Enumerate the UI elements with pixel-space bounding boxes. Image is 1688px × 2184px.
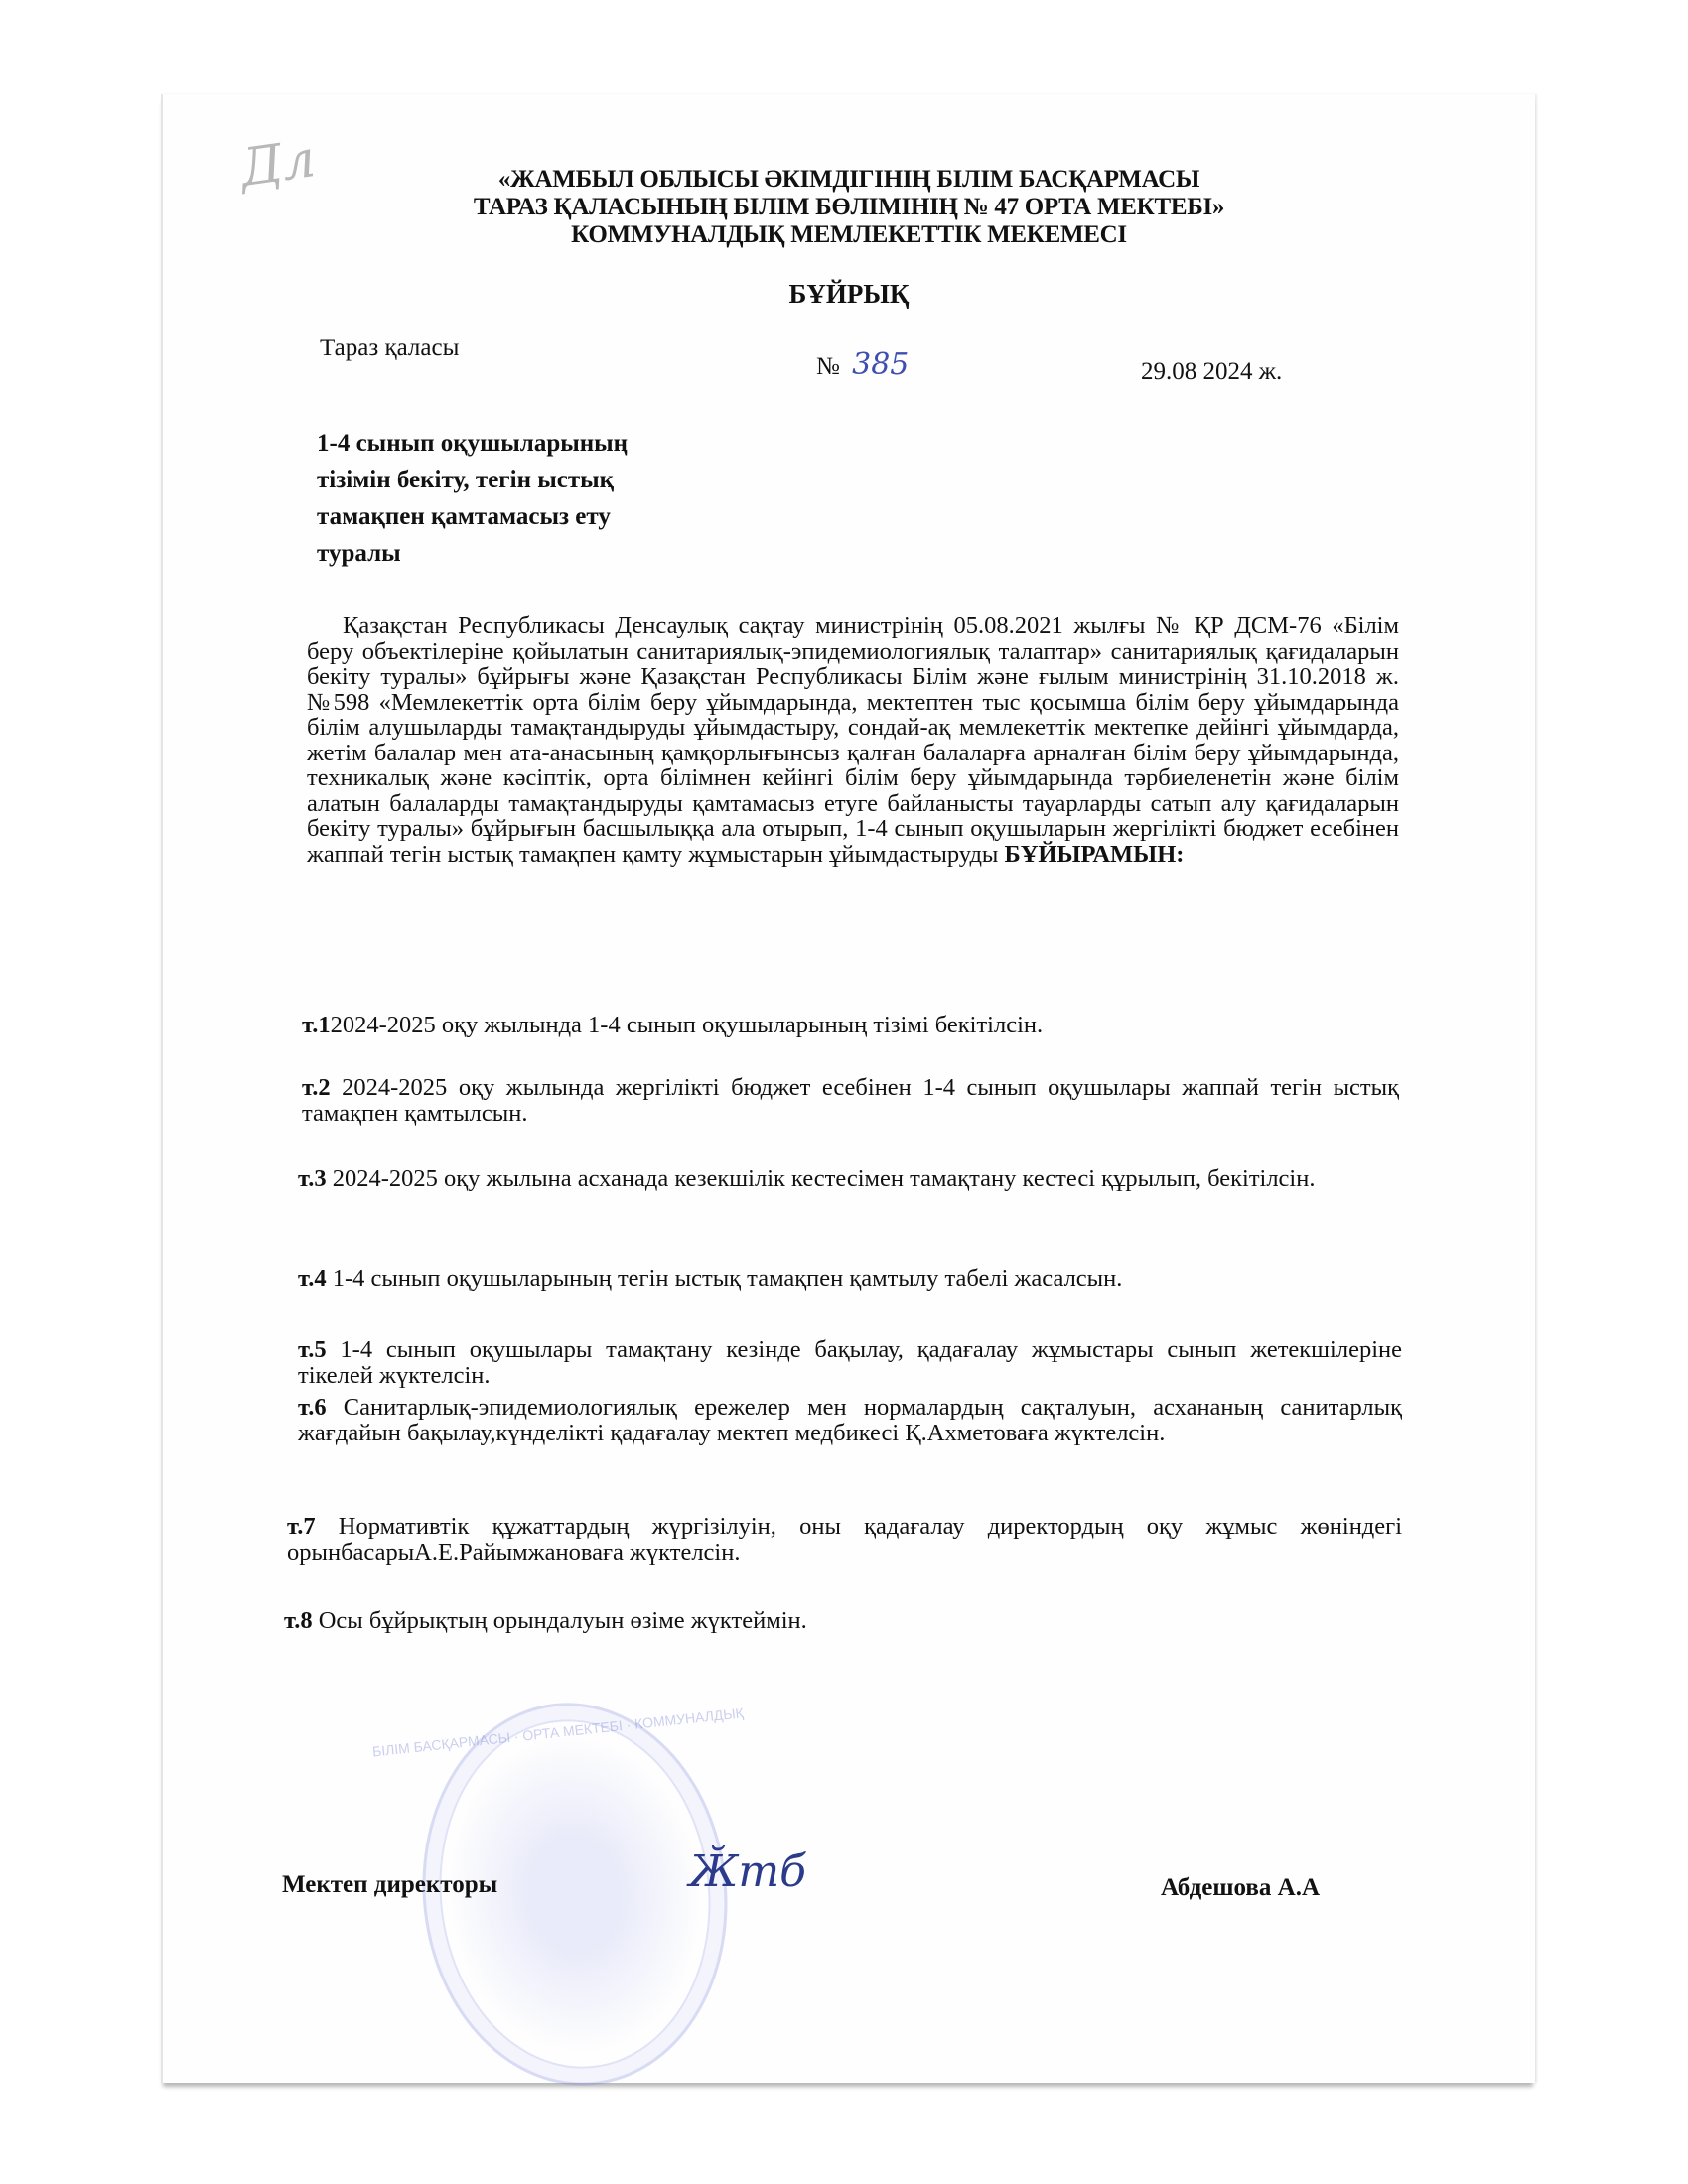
- item-text: 2024-2025 оқу жылында жергілікті бюджет …: [302, 1074, 1399, 1127]
- item-label: т.8: [284, 1607, 313, 1634]
- item-label: т.5: [298, 1336, 327, 1363]
- order-number: № 385: [816, 347, 909, 382]
- item-label: т.3: [298, 1165, 327, 1192]
- item-label: т.4: [298, 1265, 327, 1292]
- item-label: т.7: [287, 1513, 316, 1540]
- order-number-handwritten: 385: [852, 347, 909, 382]
- number-sign: №: [816, 353, 840, 380]
- signatory-name: Абдешова А.А: [1161, 1874, 1320, 1902]
- item-label: т.1: [302, 1012, 331, 1038]
- order-item-5: т.5 1-4 сынып оқушылары тамақтану кезінд…: [298, 1337, 1402, 1388]
- signatory-position: Мектеп директоры: [282, 1871, 497, 1899]
- order-date: 29.08 2024 ж.: [1141, 358, 1282, 386]
- header-line-2: ТАРАЗ ҚАЛАСЫНЫҢ БІЛІМ БӨЛІМІНІҢ № 47 ОРТ…: [163, 194, 1535, 221]
- subject-line-4: туралы: [317, 535, 694, 572]
- subject-line-2: тізімін бекіту, тегін ыстық: [317, 462, 694, 498]
- item-text: Нормативтік құжаттардың жүргізілуін, оны…: [287, 1513, 1402, 1566]
- subject-line-1: 1-4 сынып оқушыларының: [317, 425, 694, 462]
- item-text: 2024-2025 оқу жылына асханада кезекшілік…: [327, 1165, 1316, 1192]
- preamble-paragraph: Қазақстан Республикасы Денсаулық сақтау …: [307, 614, 1399, 867]
- city-label: Тараз қаласы: [320, 335, 459, 362]
- preamble-text: Қазақстан Республикасы Денсаулық сақтау …: [307, 613, 1399, 868]
- subject-line-3: тамақпен қамтамасыз ету: [317, 498, 694, 535]
- header-line-3: КОММУНАЛДЫҚ МЕМЛЕКЕТТІК МЕКЕМЕСІ: [163, 221, 1535, 249]
- order-item-6: т.6 Санитарлық-эпидемиологиялық ережелер…: [298, 1395, 1402, 1445]
- preamble-emphasis: БҰЙЫРАМЫН:: [1005, 841, 1185, 868]
- stamp-text: БІЛІМ БАСҚАРМАСЫ · ОРТА МЕКТЕБІ · КОММУН…: [371, 1705, 744, 1759]
- order-item-7: т.7 Нормативтік құжаттардың жүргізілуін,…: [287, 1514, 1402, 1565]
- item-text: Осы бұйрықтың орындалуын өзіме жүктеймін…: [313, 1607, 807, 1634]
- director-signature: Ӂтб: [689, 1846, 806, 1897]
- item-label: т.6: [298, 1394, 327, 1421]
- order-subject: 1-4 сынып оқушыларының тізімін бекіту, т…: [317, 425, 694, 572]
- item-text: 1-4 сынып оқушылары тамақтану кезінде ба…: [298, 1336, 1402, 1389]
- order-item-3: т.3 2024-2025 оқу жылына асханада кезекш…: [298, 1166, 1400, 1192]
- item-text: Санитарлық-эпидемиологиялық ережелер мен…: [298, 1394, 1402, 1446]
- order-item-4: т.4 1-4 сынып оқушыларының тегін ыстық т…: [298, 1266, 1400, 1292]
- order-item-8: т.8 Осы бұйрықтың орындалуын өзіме жүкте…: [284, 1608, 1402, 1634]
- order-item-2: т.2 2024-2025 оқу жылында жергілікті бюд…: [302, 1075, 1399, 1126]
- document-page: Дл «ЖАМБЫЛ ОБЛЫСЫ ӘКІМДІГІНІҢ БІЛІМ БАСҚ…: [161, 94, 1535, 2083]
- order-item-1: т.12024-2025 оқу жылында 1-4 сынып оқушы…: [302, 1013, 1399, 1038]
- header-line-1: «ЖАМБЫЛ ОБЛЫСЫ ӘКІМДІГІНІҢ БІЛІМ БАСҚАРМ…: [163, 166, 1535, 194]
- item-text: 1-4 сынып оқушыларының тегін ыстық тамақ…: [327, 1265, 1123, 1292]
- item-text: 2024-2025 оқу жылында 1-4 сынып оқушылар…: [331, 1012, 1044, 1038]
- document-type-title: БҰЙРЫҚ: [163, 279, 1535, 310]
- item-label: т.2: [302, 1074, 331, 1101]
